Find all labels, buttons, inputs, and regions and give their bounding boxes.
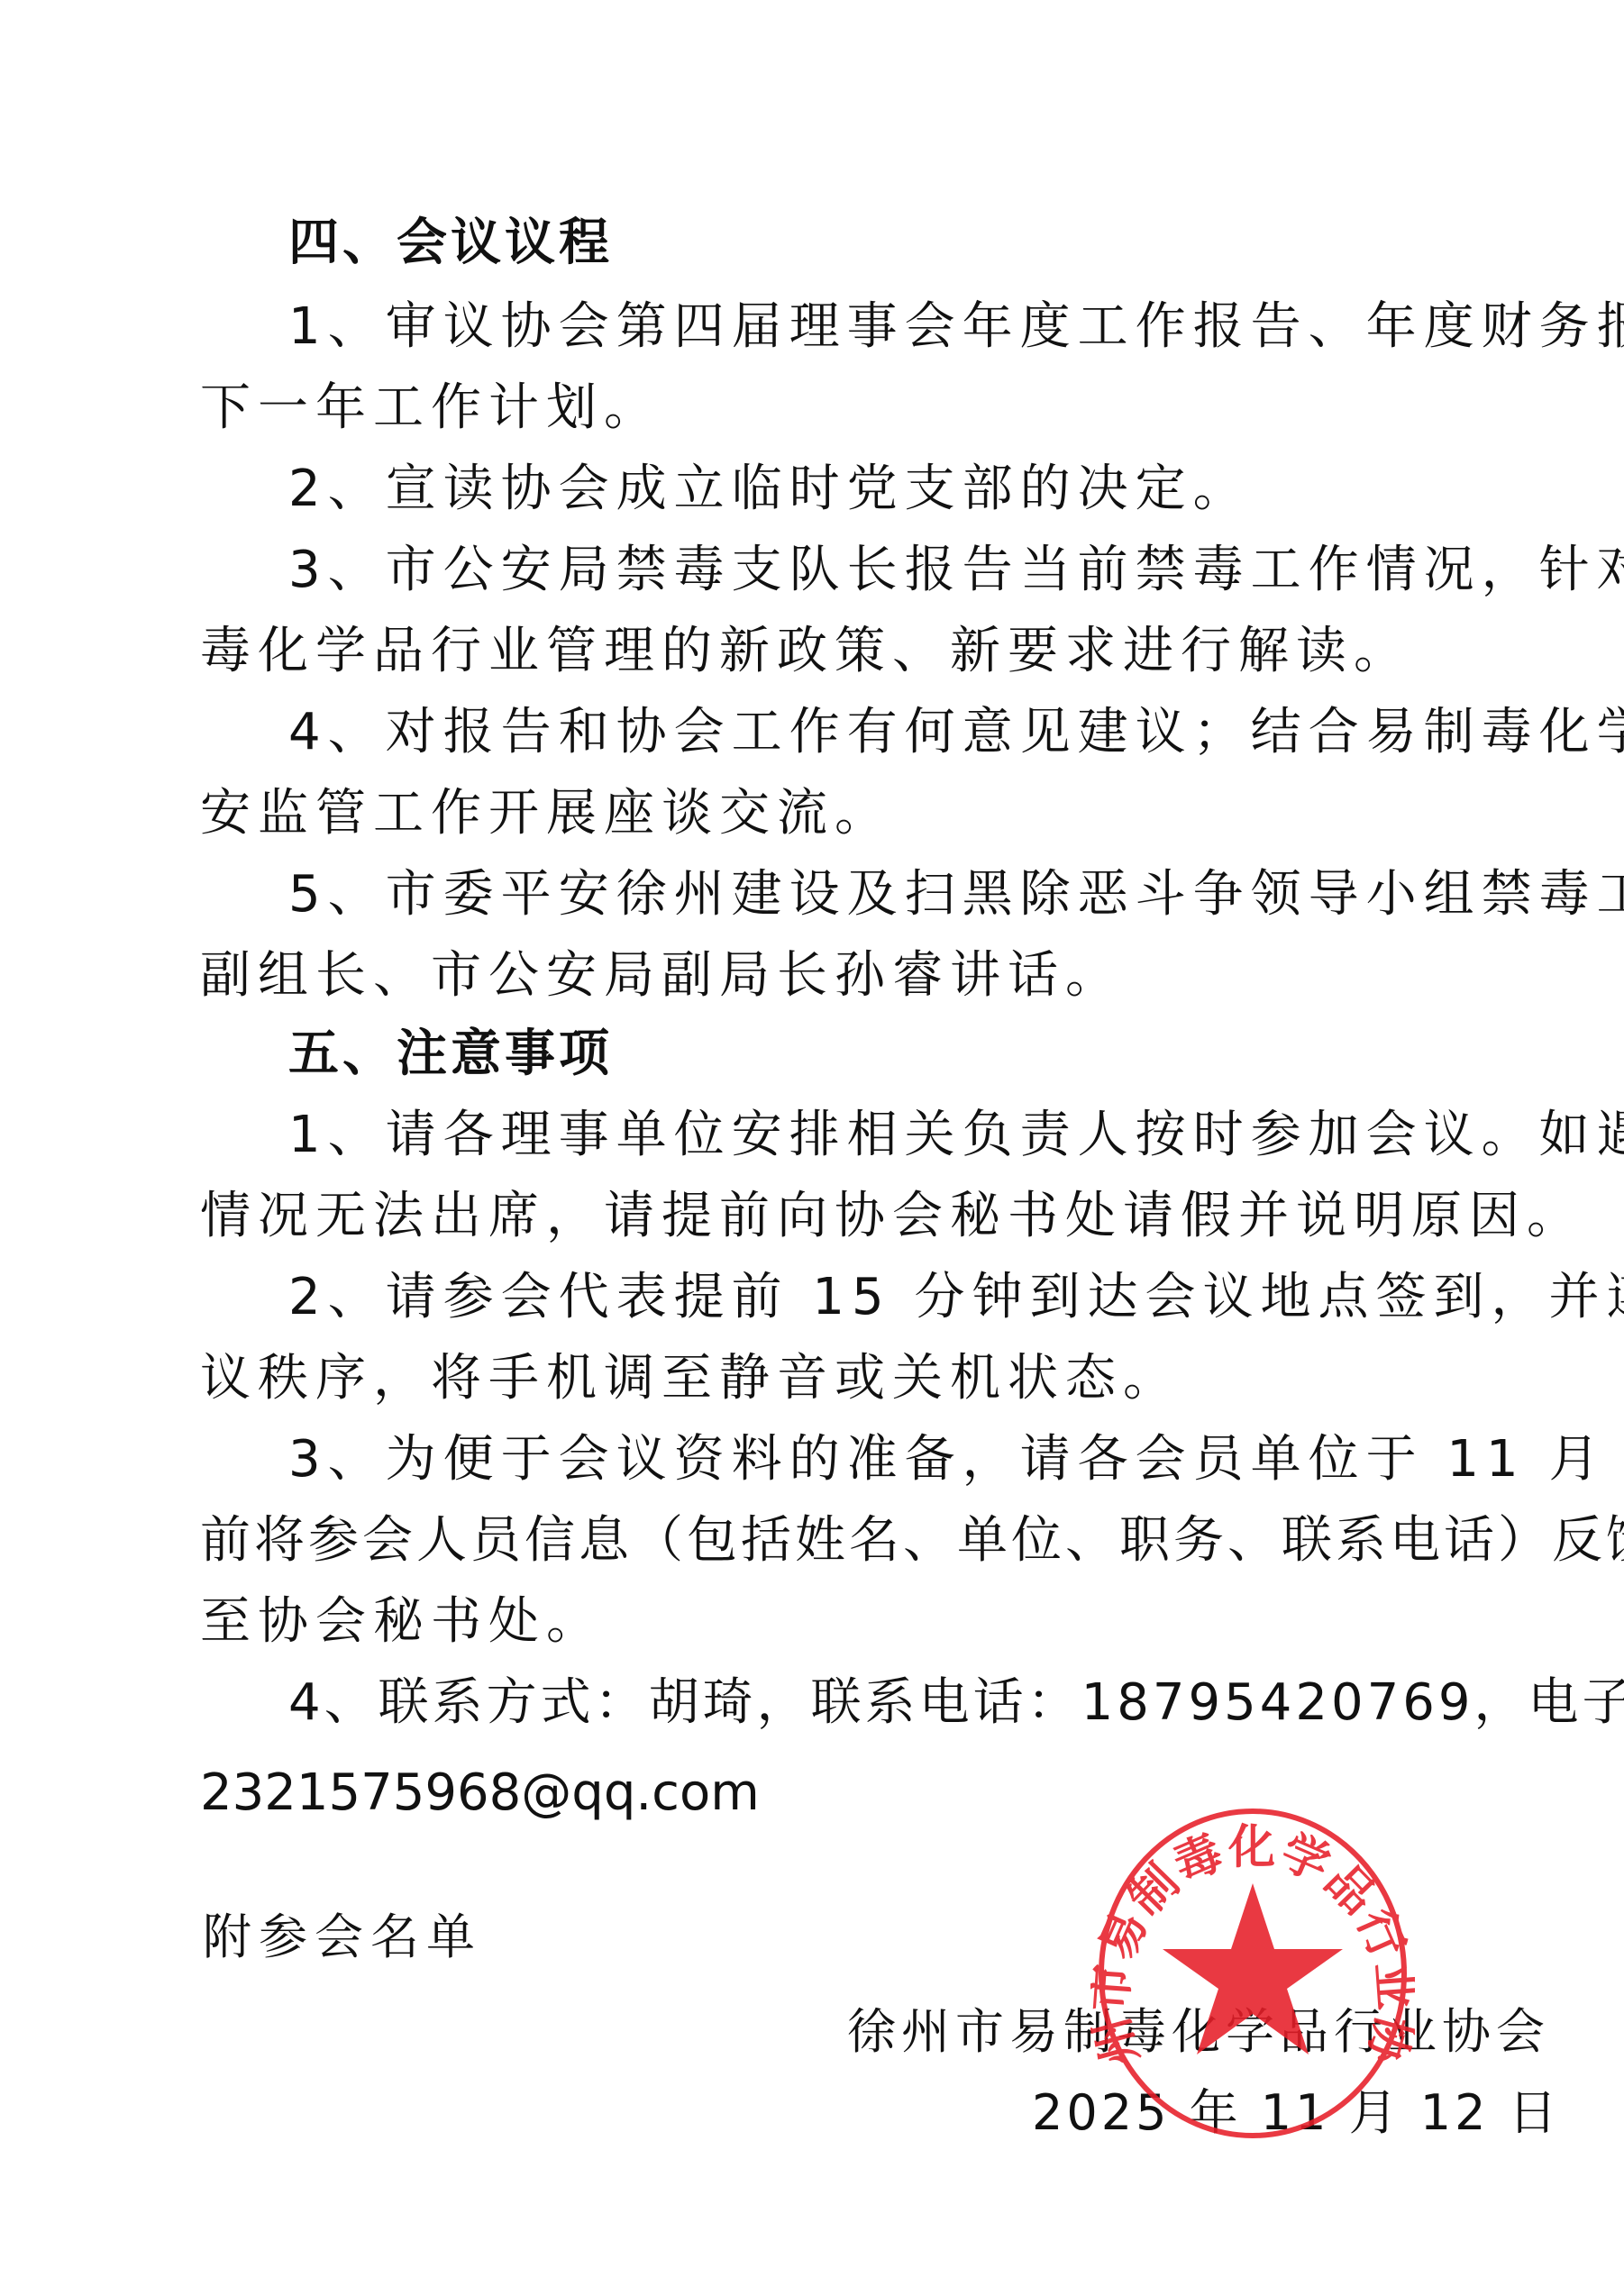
section-heading-agenda: 四、会议议程 bbox=[288, 203, 1435, 284]
agenda-item-4-line-2: 安监管工作开展座谈交流。 bbox=[200, 773, 1435, 854]
agenda-item-3-line-1: 3、市公安局禁毒支队长报告当前禁毒工作情况，针对易制 bbox=[288, 530, 1435, 611]
note-item-1-line-2: 情况无法出席，请提前向协会秘书处请假并说明原因。 bbox=[200, 1176, 1435, 1257]
annex-attendee-list: 附参会名单 bbox=[203, 1897, 482, 1978]
section-heading-notes: 五、注意事项 bbox=[288, 1014, 1435, 1095]
agenda-item-2: 2、宣读协会成立临时党支部的决定。 bbox=[288, 449, 1435, 530]
note-item-4-line-1: 4、联系方式：胡琦，联系电话：18795420769，电子邮箱： bbox=[288, 1663, 1435, 1744]
agenda-item-4-line-1: 4、对报告和协会工作有何意见建议；结合易制毒化学品公 bbox=[288, 692, 1435, 773]
document-page: 四、会议议程 1、审议协会第四届理事会年度工作报告、年度财务报告、 下一年工作计… bbox=[0, 0, 1624, 2296]
contact-email[interactable]: 2321575968@qq.com bbox=[200, 1753, 1435, 1834]
agenda-item-1-line-1: 1、审议协会第四届理事会年度工作报告、年度财务报告、 bbox=[288, 287, 1435, 368]
agenda-item-3-line-2: 毒化学品行业管理的新政策、新要求进行解读。 bbox=[200, 611, 1435, 692]
signature-date: 2025 年 11 月 12 日 bbox=[1032, 2073, 1561, 2154]
agenda-item-5-line-2: 副组长、市公安局副局长孙睿讲话。 bbox=[200, 935, 1435, 1016]
agenda-item-1-line-2: 下一年工作计划。 bbox=[200, 368, 1435, 449]
signature-organization: 徐州市易制毒化学品行业协会 bbox=[847, 1991, 1428, 2073]
note-item-2-line-1: 2、请参会代表提前 15 分钟到达会议地点签到，并遵守会 bbox=[288, 1257, 1435, 1338]
note-item-3-line-2: 前将参会人员信息（包括姓名、单位、职务、联系电话）反馈 bbox=[200, 1500, 1435, 1581]
note-item-2-line-2: 议秩序，将手机调至静音或关机状态。 bbox=[200, 1338, 1435, 1419]
note-item-3-line-3: 至协会秘书处。 bbox=[200, 1581, 1435, 1663]
agenda-item-5-line-1: 5、市委平安徐州建设及扫黑除恶斗争领导小组禁毒工作组 bbox=[288, 854, 1435, 935]
note-item-3-line-1: 3、为便于会议资料的准备，请各会员单位于 11 月 13 日 bbox=[288, 1419, 1435, 1500]
note-item-1-line-1: 1、请各理事单位安排相关负责人按时参加会议。如遇特殊 bbox=[288, 1095, 1435, 1176]
